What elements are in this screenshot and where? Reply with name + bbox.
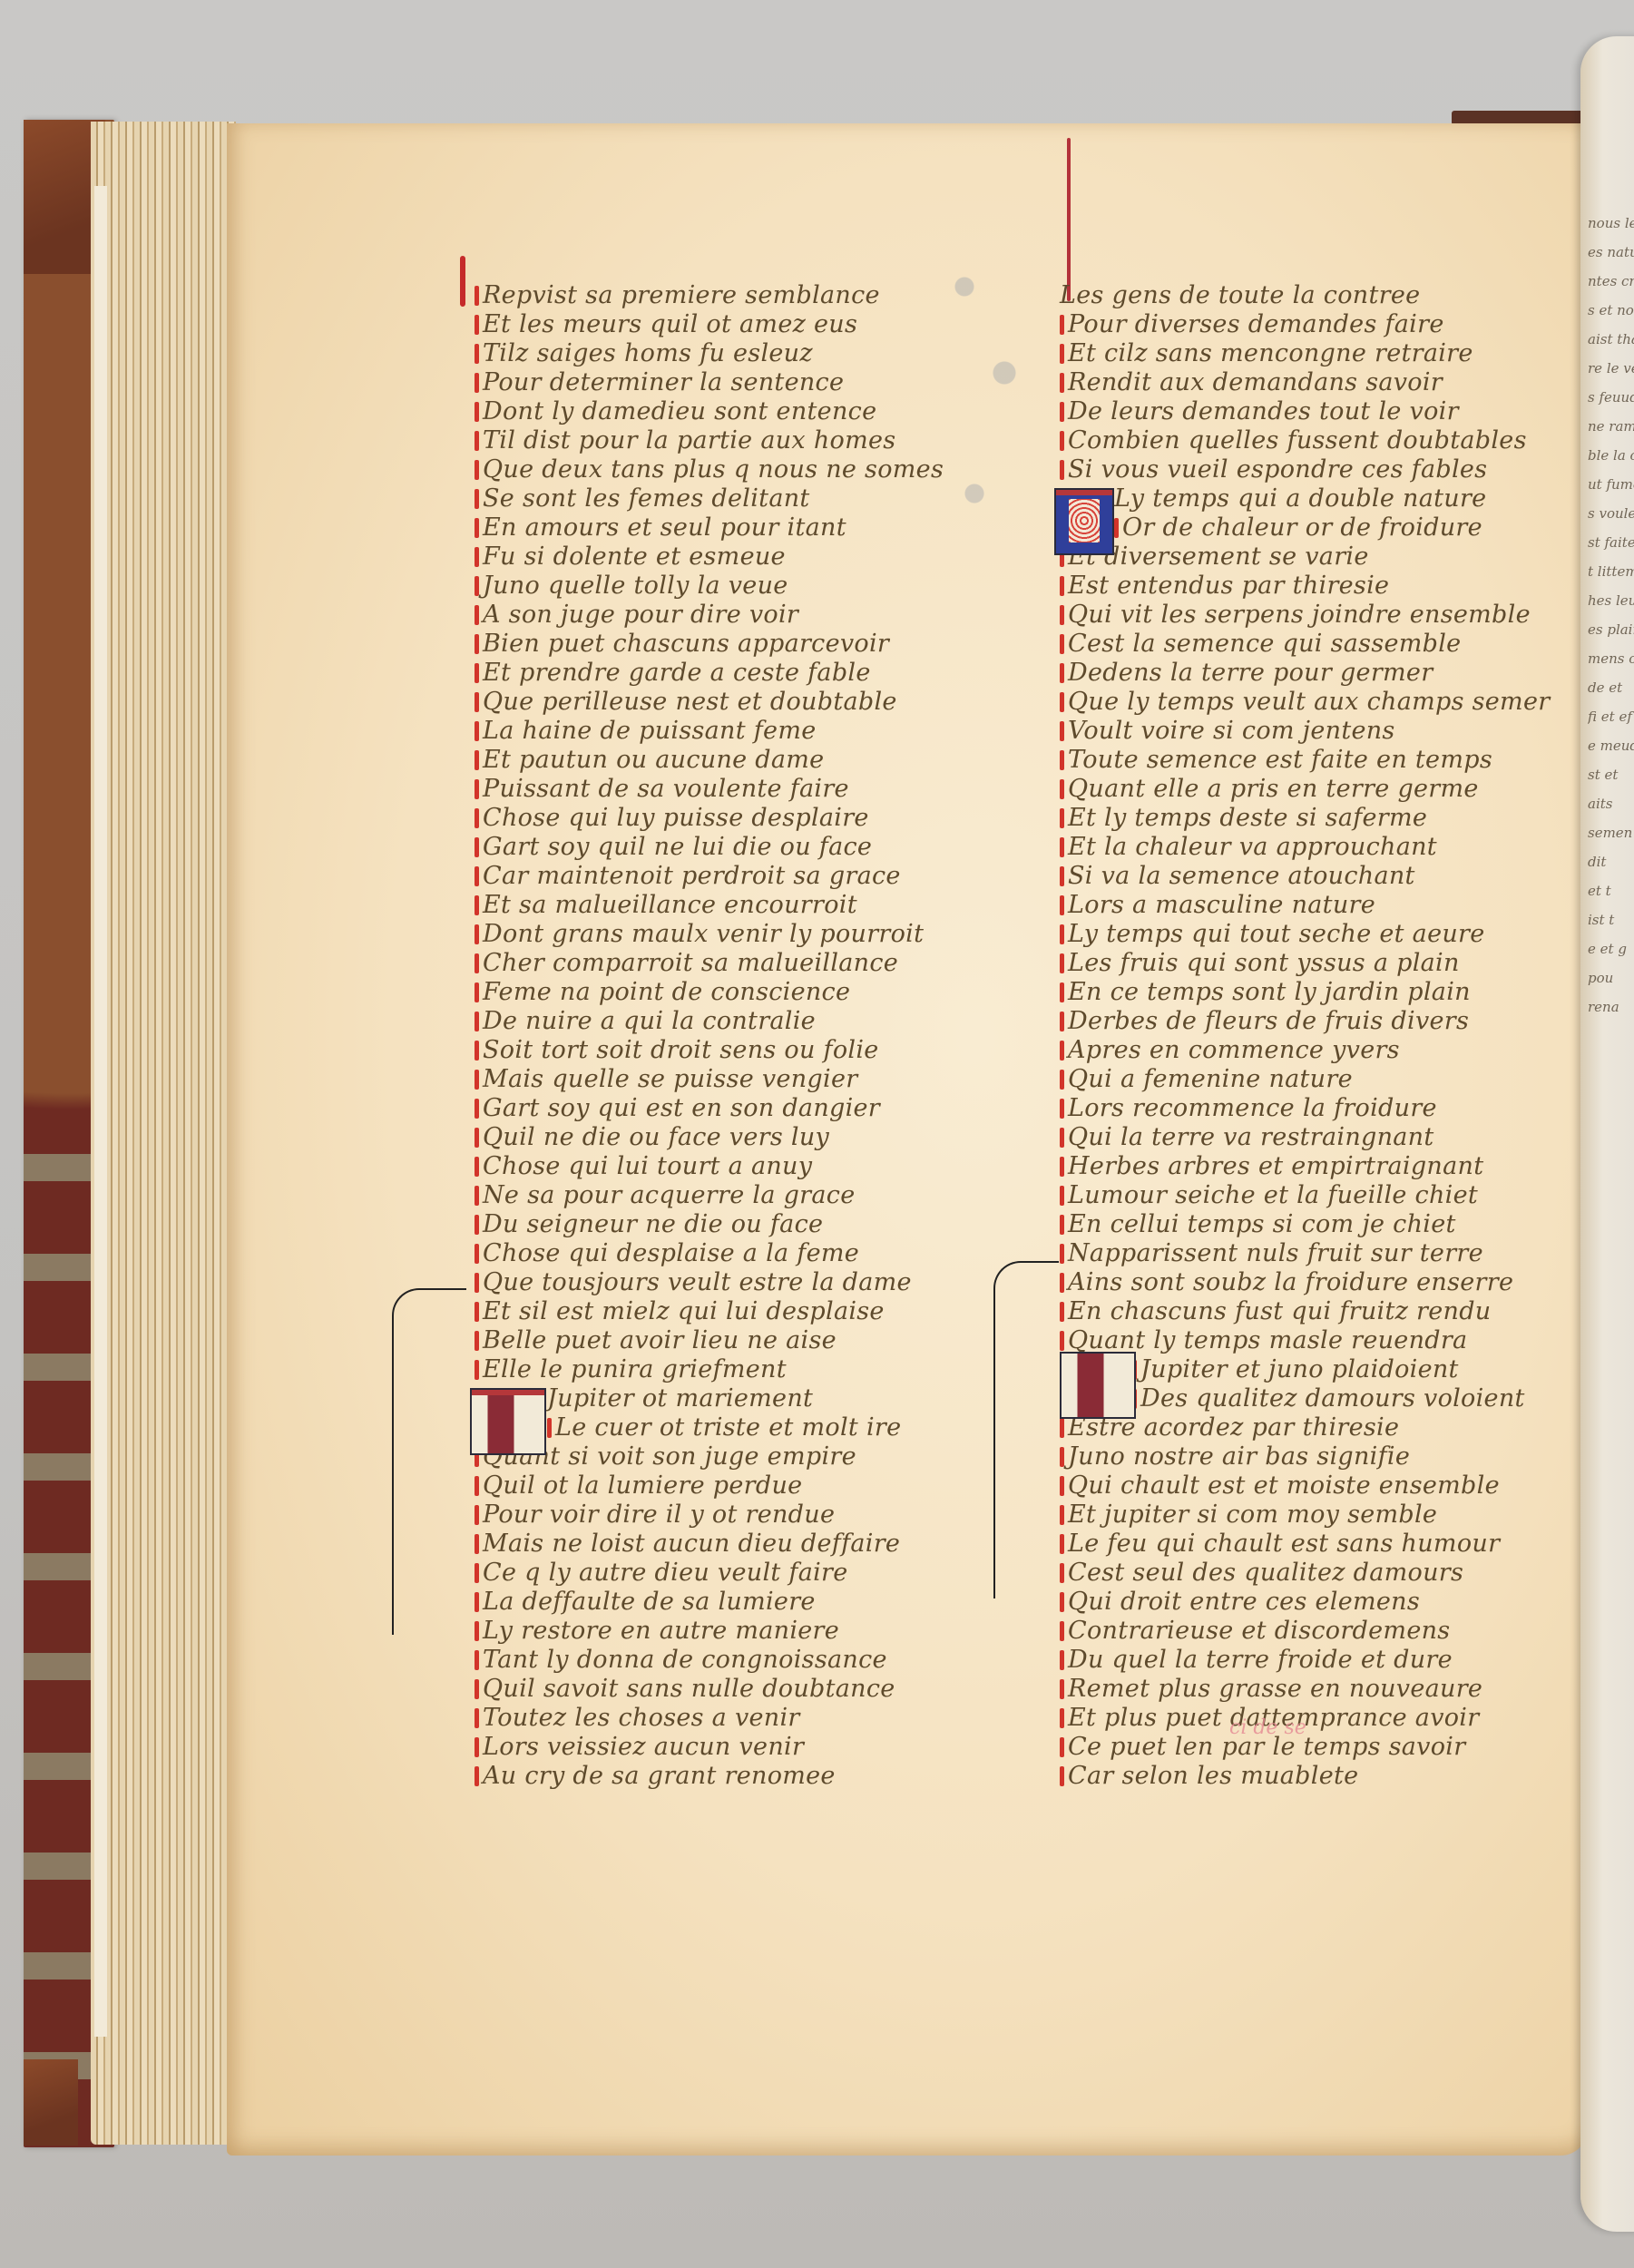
ascender-capital-right [1067, 138, 1071, 301]
verse-line: Qui la terre va restraingnant [1060, 1123, 1531, 1152]
rubric-tick-icon [475, 837, 479, 857]
rubric-tick-icon [1060, 576, 1064, 596]
rubric-tick-icon [475, 518, 479, 538]
rubric-tick-icon [1060, 1215, 1064, 1235]
rubric-tick-icon [1060, 1244, 1064, 1264]
verse-line: De nuire a qui la contralie [475, 1007, 946, 1036]
verse-line: Que perilleuse nest et doubtable [475, 688, 946, 717]
rubric-tick-icon [475, 866, 479, 886]
verse-line: Ly temps qui tout seche et aeure [1060, 920, 1531, 949]
verse-line: Napparissent nuls fruit sur terre [1060, 1239, 1531, 1268]
verse-line: Dont grans maulx venir ly pourroit [475, 920, 946, 949]
rubric-tick-icon [475, 1012, 479, 1031]
facing-text-line: s feuud [1588, 383, 1634, 412]
rubric-tick-icon [475, 895, 479, 915]
verse-line: Juno quelle tolly la veue [475, 572, 946, 601]
rubric-tick-icon [1060, 808, 1064, 828]
rubric-tick-icon [1060, 866, 1064, 886]
rubric-tick-icon [475, 1302, 479, 1322]
verse-line: Dont ly damedieu sont entence [475, 397, 946, 426]
rubric-note: ci de se [1229, 1716, 1306, 1739]
rubric-tick-icon [1060, 1186, 1064, 1206]
rubric-tick-icon [475, 750, 479, 770]
verse-line: Qui a femenine nature [1060, 1065, 1531, 1094]
verse-line: En cellui temps si com je chiet [1060, 1210, 1531, 1239]
rubric-tick-icon [475, 1534, 479, 1554]
facing-text-line: st faite [1588, 528, 1634, 557]
pen-flourish-left [392, 1288, 466, 1635]
verse-line: Feme na point de conscience [475, 978, 946, 1007]
verse-line: Apres en commence yvers [1060, 1036, 1531, 1065]
verse-line: Que ly temps veult aux champs semer [1060, 688, 1531, 717]
verse-line: Toute semence est faite en temps [1060, 746, 1531, 775]
facing-text-line: nous les [1588, 209, 1634, 238]
verse-line: Et prendre garde a ceste fable [475, 659, 946, 688]
rubric-tick-icon [1060, 1302, 1064, 1322]
rubric-tick-icon [475, 1070, 479, 1090]
rubric-tick-icon [1060, 895, 1064, 915]
verse-line: Et sil est mielz qui lui desplaise [475, 1297, 946, 1326]
right-text-column: Les gens de toute la contree Pour divers… [1060, 281, 1531, 1791]
rubric-tick-icon [475, 1128, 479, 1148]
verse-line: Soit tort soit droit sens ou folie [475, 1036, 946, 1065]
facing-page-text: nous les es natu ntes creat s et nous ai… [1588, 209, 1634, 1022]
rubric-tick-icon [1114, 518, 1119, 538]
verse-line: Le feu qui chault est sans humour [1060, 1530, 1531, 1559]
rubric-tick-icon [1060, 1563, 1064, 1583]
pen-flourish-right [993, 1261, 1059, 1598]
spiral-filigree-icon [1069, 499, 1100, 543]
rubric-tick-icon [1060, 1592, 1064, 1612]
facing-text-line: rena [1588, 992, 1634, 1022]
rubric-tick-icon [475, 1215, 479, 1235]
rubric-tick-icon [1060, 1273, 1064, 1293]
verse-line: Voult voire si com jentens [1060, 717, 1531, 746]
rubric-tick-icon [1060, 1505, 1064, 1525]
rubric-tick-icon [475, 1244, 479, 1264]
facing-text-line: mens ou [1588, 644, 1634, 673]
verse-line: Si va la semence atouchant [1060, 862, 1531, 891]
rubric-tick-icon [475, 1650, 479, 1670]
verse-line: Ne sa pour acquerre la grace [475, 1181, 946, 1210]
rubric-tick-icon [1060, 1621, 1064, 1641]
rubric-tick-icon [475, 634, 479, 654]
rubric-tick-icon [475, 1679, 479, 1699]
verse-line: Belle puet avoir lieu ne aise [475, 1326, 946, 1355]
rubric-tick-icon [1060, 373, 1064, 393]
facing-text-line: t littem [1588, 557, 1634, 586]
facing-text-line: s et nous [1588, 296, 1634, 325]
rubric-tick-icon [475, 1476, 479, 1496]
facing-text-line: hes leuez [1588, 586, 1634, 615]
rubric-tick-icon [1060, 1099, 1064, 1119]
verse-line: Chose qui lui tourt a anuy [475, 1152, 946, 1181]
verse-line: La haine de puissant feme [475, 717, 946, 746]
facing-page-recto: nous les es natu ntes creat s et nous ai… [1580, 36, 1634, 2232]
rubric-tick-icon [1060, 1534, 1064, 1554]
verse-line: Du seigneur ne die ou face [475, 1210, 946, 1239]
facing-text-line: s voulent [1588, 499, 1634, 528]
facing-text-line: ist t [1588, 905, 1634, 934]
rubric-tick-icon [475, 1157, 479, 1177]
verse-line: Cest la semence qui sassemble [1060, 630, 1531, 659]
verse-line: Contrarieuse et discordemens [1060, 1617, 1531, 1646]
verse-line: Qui chault est et moiste ensemble [1060, 1471, 1531, 1501]
rubric-tick-icon [547, 1418, 552, 1438]
verse-line: Et ly temps deste si saferme [1060, 804, 1531, 833]
verse-line: Repvist sa premiere semblance [475, 281, 946, 310]
verse-line: En ce temps sont ly jardin plain [1060, 978, 1531, 1007]
verse-line: Les fruis qui sont yssus a plain [1060, 949, 1531, 978]
verse-line: Or de chaleur or de froidure [1060, 513, 1531, 543]
verse-line: Gart soy qui est en son dangier [475, 1094, 946, 1123]
rubric-tick-icon [475, 1621, 479, 1641]
verse-line: Et pautun ou aucune dame [475, 746, 946, 775]
rubric-tick-icon [475, 1360, 479, 1380]
facing-text-line: aist tha [1588, 325, 1634, 354]
verse-line: Ly restore en autre maniere [475, 1617, 946, 1646]
facing-text-line: et t [1588, 876, 1634, 905]
rubric-tick-icon [475, 1737, 479, 1757]
rubric-tick-icon [1060, 1012, 1064, 1031]
rubric-tick-icon [1060, 1447, 1064, 1467]
verse-line: Fu si dolente et esmeue [475, 543, 946, 572]
rubric-tick-icon [475, 605, 479, 625]
rubric-tick-icon [1060, 460, 1064, 480]
verse-line: Les gens de toute la contree [1060, 281, 1531, 310]
rubric-tick-icon [475, 402, 479, 422]
rubric-tick-icon [475, 1331, 479, 1351]
facing-text-line: pou [1588, 963, 1634, 992]
verse-line: Que tousjours veult estre la dame [475, 1268, 946, 1297]
bleed-through-vine-decoration [934, 218, 1034, 562]
rubric-tick-icon [1060, 1766, 1064, 1786]
rubric-tick-icon [475, 1563, 479, 1583]
verse-line: Cest seul des qualitez damours [1060, 1559, 1531, 1588]
verse-line: Remet plus grasse en nouveaure [1060, 1675, 1531, 1704]
verse-line: Et la chaleur va approuchant [1060, 833, 1531, 862]
rubric-tick-icon [475, 663, 479, 683]
rubric-tick-icon [1060, 924, 1064, 944]
rubric-tick-icon [1060, 1041, 1064, 1061]
facing-text-line: es plaine [1588, 615, 1634, 644]
flyleaf [94, 186, 107, 2037]
facing-text-line: semen [1588, 818, 1634, 847]
verse-line: Qui droit entre ces elemens [1060, 1588, 1531, 1617]
rubric-tick-icon [475, 344, 479, 364]
facing-text-line: re le veul [1588, 354, 1634, 383]
rubric-tick-icon [1060, 315, 1064, 335]
verse-line: Bien puet chascuns apparcevoir [475, 630, 946, 659]
rubric-tick-icon [1060, 1708, 1064, 1728]
rubric-tick-icon [1060, 779, 1064, 799]
verse-line: Et jupiter si com moy semble [1060, 1501, 1531, 1530]
rubric-tick-icon [1060, 1331, 1064, 1351]
verse-line: Quil savoit sans nulle doubtance [475, 1675, 946, 1704]
verse-line: Et sa malueillance encourroit [475, 891, 946, 920]
verse-line: Toutez les choses a venir [475, 1704, 946, 1733]
rubric-tick-icon [475, 1041, 479, 1061]
verse-line: Lumour seiche et la fueille chiet [1060, 1181, 1531, 1210]
rubric-tick-icon [475, 721, 479, 741]
verse-line: Tant ly donna de congnoissance [475, 1646, 946, 1675]
rubric-tick-icon [475, 808, 479, 828]
verse-line: Gart soy quil ne lui die ou face [475, 833, 946, 862]
rubric-tick-icon [1060, 663, 1064, 683]
verse-line: Derbes de fleurs de fruis divers [1060, 1007, 1531, 1036]
rubric-tick-icon [475, 1592, 479, 1612]
verse-line: Lors veissiez aucun venir [475, 1733, 946, 1762]
verse-line: Chose qui luy puisse desplaire [475, 804, 946, 833]
verse-line: Du quel la terre froide et dure [1060, 1646, 1531, 1675]
verse-line: Quant elle a pris en terre germe [1060, 775, 1531, 804]
verse-line: Car selon les muablete [1060, 1762, 1531, 1791]
facing-text-line: ne rams [1588, 412, 1634, 441]
rubric-tick-icon [1060, 750, 1064, 770]
rubric-tick-icon [475, 373, 479, 393]
facing-text-line: es natu [1588, 238, 1634, 267]
rubric-tick-icon [475, 460, 479, 480]
facing-text-line: fi et ef [1588, 702, 1634, 731]
facing-text-line: e et g [1588, 934, 1634, 963]
rubric-tick-icon [1060, 1476, 1064, 1496]
rubric-tick-icon [1060, 1157, 1064, 1177]
verse-line: Herbes arbres et empirtraignant [1060, 1152, 1531, 1181]
verse-line: Rendit aux demandans savoir [1060, 368, 1531, 397]
rubric-tick-icon [1060, 1737, 1064, 1757]
verse-line: Au cry de sa grant renomee [475, 1762, 946, 1791]
verse-line: Pour voir dire il y ot rendue [475, 1501, 946, 1530]
rubricated-capital-left [460, 256, 465, 307]
verse-line: Tilz saiges homs fu esleuz [475, 339, 946, 368]
verse-line: Lors recommence la froidure [1060, 1094, 1531, 1123]
leather-spine-bottom [24, 2059, 78, 2146]
facing-text-line: ut fumel [1588, 470, 1634, 499]
verse-line: Til dist pour la partie aux homes [475, 426, 946, 455]
verse-line: Pour diverses demandes faire [1060, 310, 1531, 339]
decorated-initial-l-right [1054, 488, 1114, 555]
rubric-tick-icon [1060, 692, 1064, 712]
verse-line: Cher comparroit sa malueillance [475, 949, 946, 978]
verse-line: Et les meurs quil ot amez eus [475, 310, 946, 339]
rubric-tick-icon [1060, 402, 1064, 422]
rubric-tick-icon [1060, 982, 1064, 1002]
rubric-tick-icon [1060, 605, 1064, 625]
verse-line: Que deux tans plus q nous ne somes [475, 455, 946, 484]
rubric-tick-icon [1060, 1128, 1064, 1148]
verse-line: Pour determiner la sentence [475, 368, 946, 397]
verse-line: Elle le punira griefment [475, 1355, 946, 1384]
verse-line: Est entendus par thiresie [1060, 572, 1531, 601]
rubric-tick-icon [475, 779, 479, 799]
verse-line: Mais ne loist aucun dieu deffaire [475, 1530, 946, 1559]
decorated-initial-i-right [1060, 1352, 1136, 1419]
rubric-tick-icon [475, 1099, 479, 1119]
rubric-tick-icon [1060, 1679, 1064, 1699]
rubric-tick-icon [1060, 721, 1064, 741]
left-text-column: Repvist sa premiere semblance Et les meu… [475, 281, 946, 1791]
rubric-tick-icon [475, 286, 479, 306]
verse-line: Chose qui desplaise a la feme [475, 1239, 946, 1268]
facing-text-line: ntes creat [1588, 267, 1634, 296]
verse-line: Mais quelle se puisse vengier [475, 1065, 946, 1094]
verse-line: Puissant de sa voulente faire [475, 775, 946, 804]
verse-line: A son juge pour dire voir [475, 601, 946, 630]
verse-line: En chascuns fust qui fruitz rendu [1060, 1297, 1531, 1326]
rubric-tick-icon [475, 982, 479, 1002]
rubric-tick-icon [475, 1505, 479, 1525]
verse-line: La deffaulte de sa lumiere [475, 1588, 946, 1617]
page-edges-stack [91, 122, 236, 2145]
rubric-tick-icon [475, 1708, 479, 1728]
rubric-tick-icon [1060, 1070, 1064, 1090]
rubric-tick-icon [1060, 344, 1064, 364]
rubric-tick-icon [1060, 953, 1064, 973]
verse-line: Dedens la terre pour germer [1060, 659, 1531, 688]
rubric-tick-icon [475, 1766, 479, 1786]
verse-line: Quil ot la lumiere perdue [475, 1471, 946, 1501]
rubric-tick-icon [1060, 1650, 1064, 1670]
decorated-initial-i-left [470, 1388, 546, 1455]
verse-line: Et cilz sans mencongne retraire [1060, 339, 1531, 368]
rubric-tick-icon [1060, 431, 1064, 451]
verse-line: Quil ne die ou face vers luy [475, 1123, 946, 1152]
verse-line: Combien quelles fussent doubtables [1060, 426, 1531, 455]
rubric-tick-icon [1060, 634, 1064, 654]
rubric-tick-icon [475, 1273, 479, 1293]
verse-line: Juno nostre air bas signifie [1060, 1442, 1531, 1471]
facing-text-line: ble la cy [1588, 441, 1634, 470]
rubric-tick-icon [1060, 1418, 1064, 1438]
rubric-tick-icon [475, 1186, 479, 1206]
verse-line: Lors a masculine nature [1060, 891, 1531, 920]
verse-line: De leurs demandes tout le voir [1060, 397, 1531, 426]
verse-line: Qui vit les serpens joindre ensemble [1060, 601, 1531, 630]
verse-line: Et diversement se varie [1060, 543, 1531, 572]
verse-line: Car maintenoit perdroit sa grace [475, 862, 946, 891]
verse-line: Ly temps qui a double nature [1060, 484, 1531, 513]
rubric-tick-icon [475, 953, 479, 973]
verse-line: En amours et seul pour itant [475, 513, 946, 543]
verse-line: Ains sont soubz la froidure enserre [1060, 1268, 1531, 1297]
verse-line: Se sont les femes delitant [475, 484, 946, 513]
rubric-tick-icon [475, 431, 479, 451]
rubric-tick-icon [475, 315, 479, 335]
verse-line: Si vous vueil espondre ces fables [1060, 455, 1531, 484]
verse-line: Ce q ly autre dieu veult faire [475, 1559, 946, 1588]
rubric-tick-icon [475, 692, 479, 712]
rubric-tick-icon [1060, 837, 1064, 857]
rubric-tick-icon [475, 576, 479, 596]
rubric-tick-icon [475, 924, 479, 944]
facing-text-line: e meude [1588, 731, 1634, 760]
rubric-tick-icon [475, 547, 479, 567]
facing-text-line: dit [1588, 847, 1634, 876]
facing-text-line: st et [1588, 760, 1634, 789]
facing-text-line: de et [1588, 673, 1634, 702]
rubric-tick-icon [475, 489, 479, 509]
facing-text-line: aits [1588, 789, 1634, 818]
